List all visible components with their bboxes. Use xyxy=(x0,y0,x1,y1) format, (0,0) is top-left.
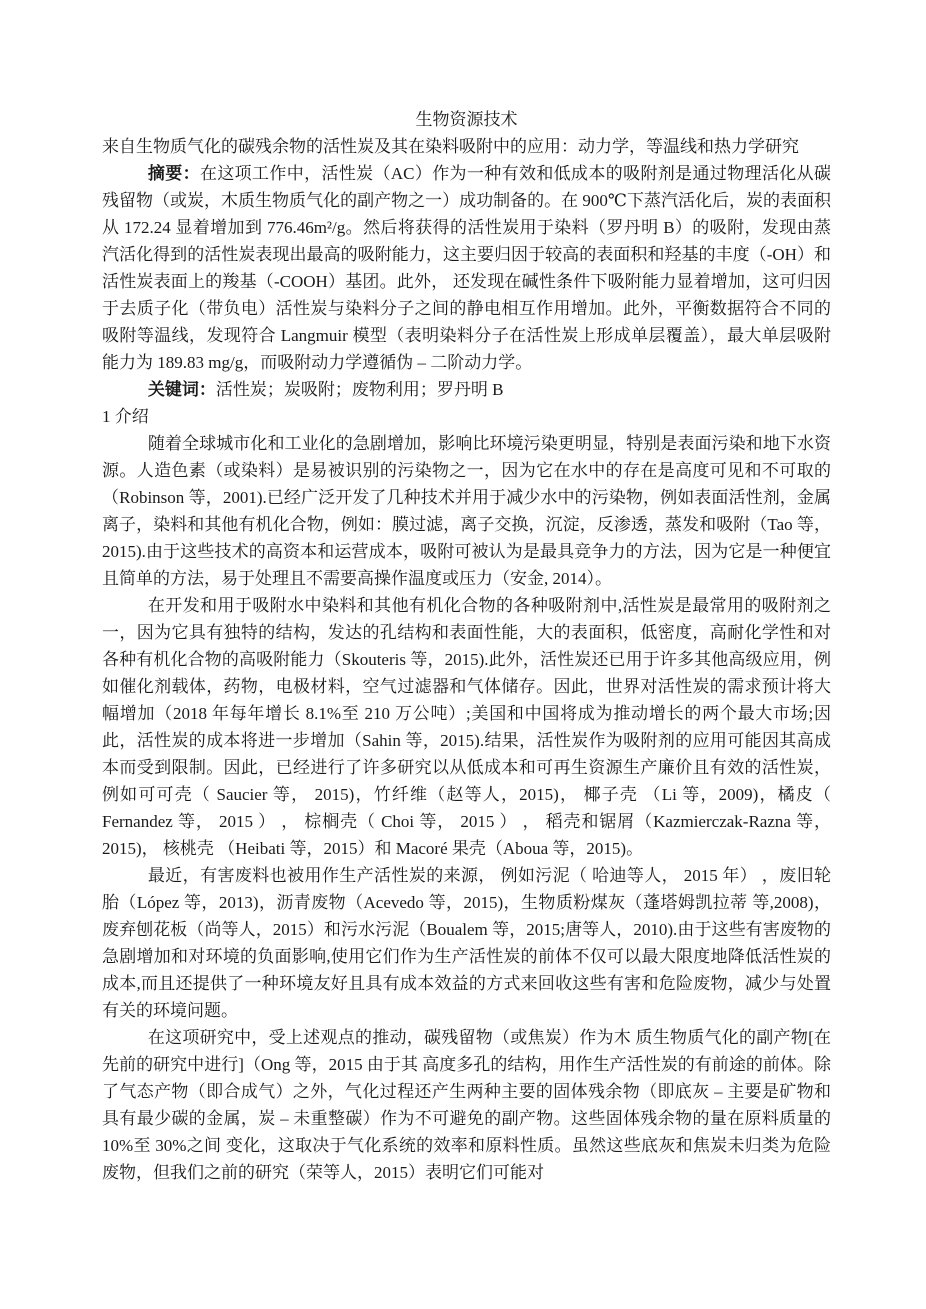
intro-paragraph-3: 最近，有害废料也被用作生产活性炭的来源， 例如污泥（ 哈迪等人， 2015 年）… xyxy=(102,862,831,1024)
intro-paragraph-4: 在这项研究中，受上述观点的推动，碳残留物（或焦炭）作为木 质生物质气化的副产物[… xyxy=(102,1024,831,1186)
document-page: 生物资源技术 来自生物质气化的碳残余物的活性炭及其在染料吸附中的应用：动力学，等… xyxy=(0,0,926,1309)
article-title: 来自生物质气化的碳残余物的活性炭及其在染料吸附中的应用：动力学，等温线和热力学研… xyxy=(102,133,831,160)
keywords-text: 活性炭；炭吸附；废物利用；罗丹明 B xyxy=(216,380,504,399)
intro-paragraph-2: 在开发和用于吸附水中染料和其他有机化合物的各种吸附剂中,活性炭是最常用的吸附剂之… xyxy=(102,592,831,862)
section-heading-introduction: 1 介绍 xyxy=(102,403,831,430)
intro-paragraph-1: 随着全球城市化和工业化的急剧增加，影响比环境污染更明显，特别是表面污染和地下水资… xyxy=(102,430,831,592)
abstract-text: 在这项工作中，活性炭（AC）作为一种有效和低成本的吸附剂是通过物理活化从碳残留物… xyxy=(102,164,831,372)
keywords-label: 关键词： xyxy=(148,380,216,399)
abstract-label: 摘要： xyxy=(148,164,200,183)
keywords-line: 关键词：活性炭；炭吸附；废物利用；罗丹明 B xyxy=(102,376,831,403)
abstract-paragraph: 摘要：在这项工作中，活性炭（AC）作为一种有效和低成本的吸附剂是通过物理活化从碳… xyxy=(102,160,831,376)
journal-title: 生物资源技术 xyxy=(102,106,831,133)
